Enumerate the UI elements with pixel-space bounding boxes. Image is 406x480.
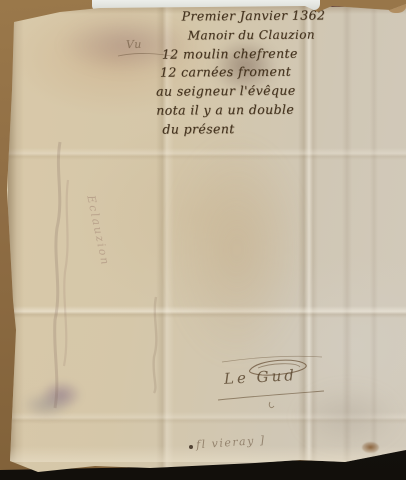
- top-corner-notch: [388, 0, 406, 13]
- ink-speck: [189, 445, 193, 449]
- parchment-page: Premier Janvier 1362 Manoir du Clauzion …: [0, 0, 406, 480]
- inscription-line: nota il y a un double: [156, 100, 346, 120]
- inscription-line: du présent: [162, 119, 346, 139]
- signature: Le Gud: [224, 366, 298, 388]
- top-edge-notch: [327, 0, 348, 7]
- bleedthrough-script-marks: [44, 140, 78, 412]
- discoloration-stain: [172, 140, 302, 360]
- vertical-faint-note: Eclauzion: [84, 194, 112, 267]
- inscription-line: 12 carnées froment: [160, 63, 346, 83]
- signature-block: Le Gud: [216, 348, 328, 412]
- manuscript-photo: Premier Janvier 1362 Manoir du Clauzion …: [0, 0, 406, 480]
- inscription-block: Premier Janvier 1362 Manoir du Clauzion …: [156, 6, 347, 139]
- inscription-line: 12 moulin chefrente: [162, 44, 346, 64]
- bleedthrough-script-marks: [146, 295, 168, 395]
- inscription-line: Manoir du Clauzion: [188, 25, 346, 45]
- flourish-underline-icon: [116, 50, 178, 60]
- left-edge-shadow: [8, 0, 24, 480]
- inscription-line: Premier Janvier 1362: [182, 6, 346, 26]
- inscription-line: au seigneur l'évêque: [156, 82, 346, 102]
